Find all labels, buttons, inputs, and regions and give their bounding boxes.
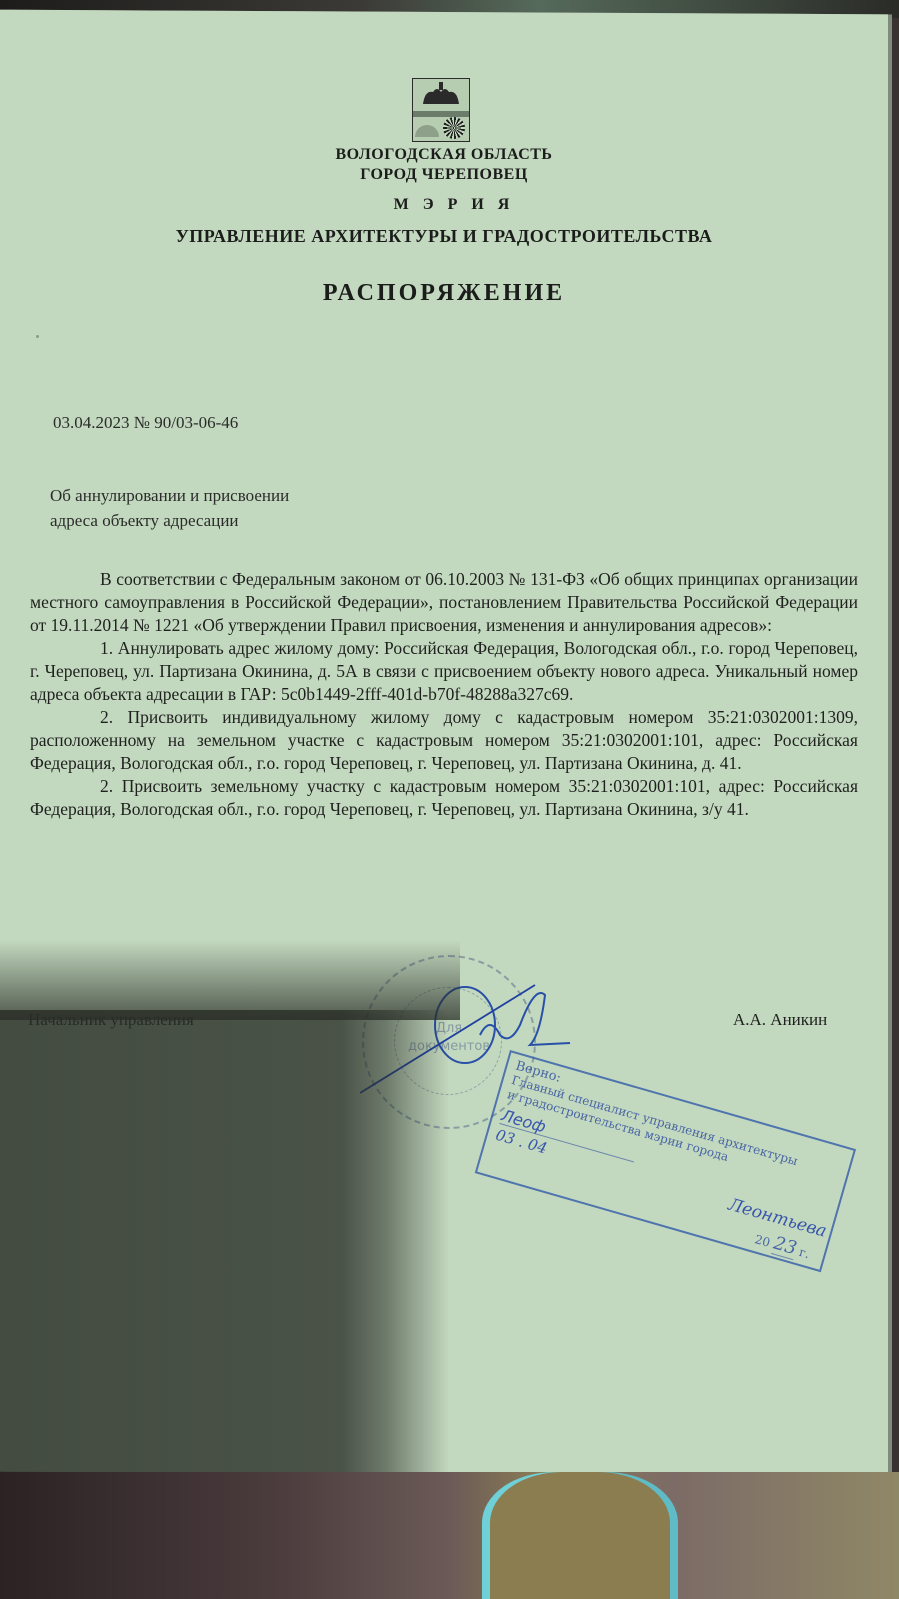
header-region: ВОЛОГОДСКАЯ ОБЛАСТЬ <box>0 146 888 164</box>
subject-line-2: адреса объекту адресации <box>50 508 289 533</box>
header-city: ГОРОД ЧЕРЕПОВЕЦ <box>0 166 888 184</box>
bear-emblem-icon <box>417 82 465 106</box>
background-bottom <box>0 1472 899 1599</box>
background-object <box>490 1472 670 1599</box>
subject-line-1: Об аннулировании и присвоении <box>50 483 289 508</box>
document-type-title: РАСПОРЯЖЕНИЕ <box>0 280 888 307</box>
document-body: В соответствии с Федеральным законом от … <box>30 568 858 821</box>
date-and-number: 03.04.2023 № 90/03-06-46 <box>53 413 238 433</box>
emblem-band <box>413 111 469 117</box>
preamble-paragraph: В соответствии с Федеральным законом от … <box>30 568 858 637</box>
emblem-sun <box>443 117 465 139</box>
stamp-year-suffix: 23 <box>771 1233 799 1260</box>
header-mayoralty: М Э Р И Я <box>10 196 898 214</box>
emblem-hill <box>415 125 439 137</box>
stamp-day: 03 <box>494 1126 517 1149</box>
coat-of-arms-icon <box>412 78 470 142</box>
stamp-month: 04 <box>526 1135 549 1158</box>
header-department: УПРАВЛЕНИЕ АРХИТЕКТУРЫ И ГРАДОСТРОИТЕЛЬС… <box>0 226 888 247</box>
stamp-year-unit: г. <box>798 1245 812 1261</box>
signatory-name: А.А. Аникин <box>733 1010 827 1030</box>
signatory-position: Начальник управления <box>28 1010 194 1030</box>
stamp-year-prefix: 20 <box>753 1232 772 1250</box>
subject-block: Об аннулировании и присвоении адреса объ… <box>50 483 289 533</box>
paper-speck <box>36 335 39 338</box>
clause-3: 2. Присвоить земельному участку с кадаст… <box>30 775 858 821</box>
clause-1: 1. Аннулировать адрес жилому дому: Росси… <box>30 637 858 706</box>
clause-2: 2. Присвоить индивидуальному жилому дому… <box>30 706 858 775</box>
